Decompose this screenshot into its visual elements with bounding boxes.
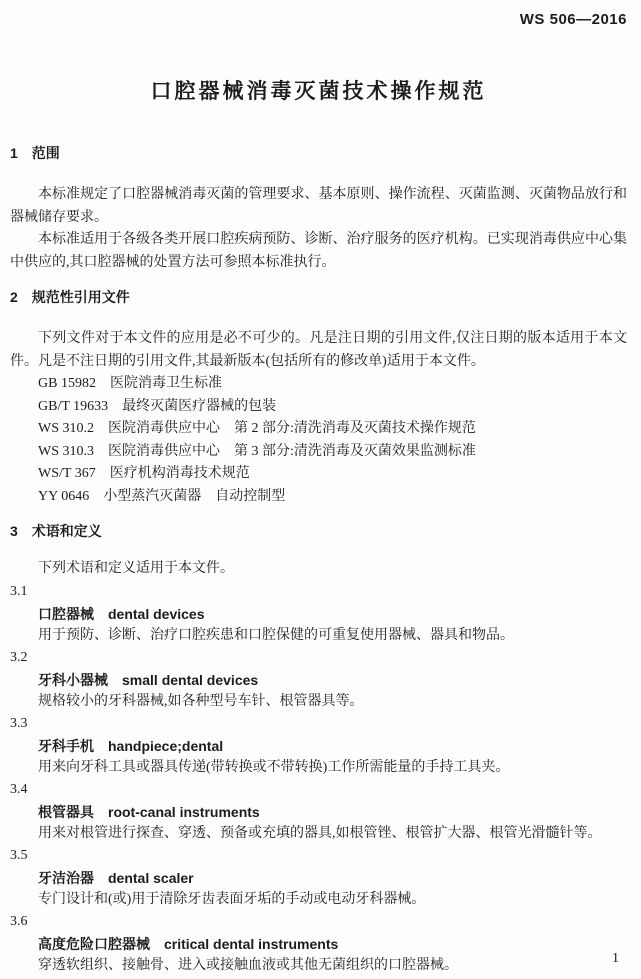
scope-paragraph-1: 本标准规定了口腔器械消毒灭菌的管理要求、基本原则、操作流程、灭菌监测、灭菌物品放… bbox=[10, 184, 627, 229]
term-definition: 专门设计和(或)用于清除牙齿表面牙垢的手动或电动牙科器械。 bbox=[10, 889, 627, 911]
document-title: 口腔器械消毒灭菌技术操作规范 bbox=[10, 78, 627, 106]
page-body: WS 506—2016 口腔器械消毒灭菌技术操作规范 1 范围 本标准规定了口腔… bbox=[0, 0, 641, 977]
term-block: 3.3 牙科手机 handpiece;dental 用来向牙科工具或器具传递(带… bbox=[10, 713, 627, 779]
scope-paragraph-2: 本标准适用于各级各类开展口腔疾病预防、诊断、治疗服务的医疗机构。已实现消毒供应中… bbox=[10, 229, 627, 274]
term-block: 3.2 牙科小器械 small dental devices 规格较小的牙科器械… bbox=[10, 647, 627, 713]
document-page: WS 506—2016 口腔器械消毒灭菌技术操作规范 1 范围 本标准规定了口腔… bbox=[0, 0, 641, 979]
reference-item: WS 310.2 医院消毒供应中心 第 2 部分:清洗消毒及灭菌技术操作规范 bbox=[10, 418, 627, 441]
references-intro: 下列文件对于本文件的应用是必不可少的。凡是注日期的引用文件,仅注日期的版本适用于… bbox=[10, 328, 627, 373]
term-name: 牙科小器械 small dental devices bbox=[10, 669, 627, 691]
term-definition: 规格较小的牙科器械,如各种型号车针、根管器具等。 bbox=[10, 691, 627, 713]
section-2-heading: 2 规范性引用文件 bbox=[10, 288, 627, 306]
terms-intro: 下列术语和定义适用于本文件。 bbox=[10, 558, 627, 581]
reference-item: WS 310.3 医院消毒供应中心 第 3 部分:清洗消毒及灭菌效果监测标准 bbox=[10, 441, 627, 464]
term-block: 3.4 根管器具 root-canal instruments 用来对根管进行探… bbox=[10, 779, 627, 845]
term-definition: 穿透软组织、接触骨、进入或接触血液或其他无菌组织的口腔器械。 bbox=[10, 955, 627, 977]
reference-item: WS/T 367 医疗机构消毒技术规范 bbox=[10, 463, 627, 486]
section-1-heading: 1 范围 bbox=[10, 144, 627, 162]
page-number: 1 bbox=[612, 951, 619, 967]
term-number: 3.1 bbox=[10, 581, 627, 603]
term-number: 3.2 bbox=[10, 647, 627, 669]
section-3-heading: 3 术语和定义 bbox=[10, 522, 627, 540]
references-list: GB 15982 医院消毒卫生标准 GB/T 19633 最终灭菌医疗器械的包装… bbox=[10, 373, 627, 508]
term-number: 3.4 bbox=[10, 779, 627, 801]
reference-item: YY 0646 小型蒸汽灭菌器 自动控制型 bbox=[10, 486, 627, 509]
term-name: 口腔器械 dental devices bbox=[10, 603, 627, 625]
term-block: 3.6 高度危险口腔器械 critical dental instruments… bbox=[10, 911, 627, 977]
term-number: 3.3 bbox=[10, 713, 627, 735]
term-name: 根管器具 root-canal instruments bbox=[10, 801, 627, 823]
term-name: 牙科手机 handpiece;dental bbox=[10, 735, 627, 757]
doc-number: WS 506—2016 bbox=[10, 11, 627, 28]
term-block: 3.1 口腔器械 dental devices 用于预防、诊断、治疗口腔疾患和口… bbox=[10, 581, 627, 647]
term-definition: 用于预防、诊断、治疗口腔疾患和口腔保健的可重复使用器械、器具和物品。 bbox=[10, 625, 627, 647]
terms-list: 3.1 口腔器械 dental devices 用于预防、诊断、治疗口腔疾患和口… bbox=[10, 581, 627, 977]
term-block: 3.5 牙洁治器 dental scaler 专门设计和(或)用于清除牙齿表面牙… bbox=[10, 845, 627, 911]
term-name: 牙洁治器 dental scaler bbox=[10, 867, 627, 889]
term-definition: 用来对根管进行探查、穿透、预备或充填的器具,如根管锉、根管扩大器、根管光滑髓针等… bbox=[10, 823, 627, 845]
reference-item: GB 15982 医院消毒卫生标准 bbox=[10, 373, 627, 396]
reference-item: GB/T 19633 最终灭菌医疗器械的包装 bbox=[10, 396, 627, 419]
term-number: 3.5 bbox=[10, 845, 627, 867]
term-number: 3.6 bbox=[10, 911, 627, 933]
term-name: 高度危险口腔器械 critical dental instruments bbox=[10, 933, 627, 955]
term-definition: 用来向牙科工具或器具传递(带转换或不带转换)工作所需能量的手持工具夹。 bbox=[10, 757, 627, 779]
